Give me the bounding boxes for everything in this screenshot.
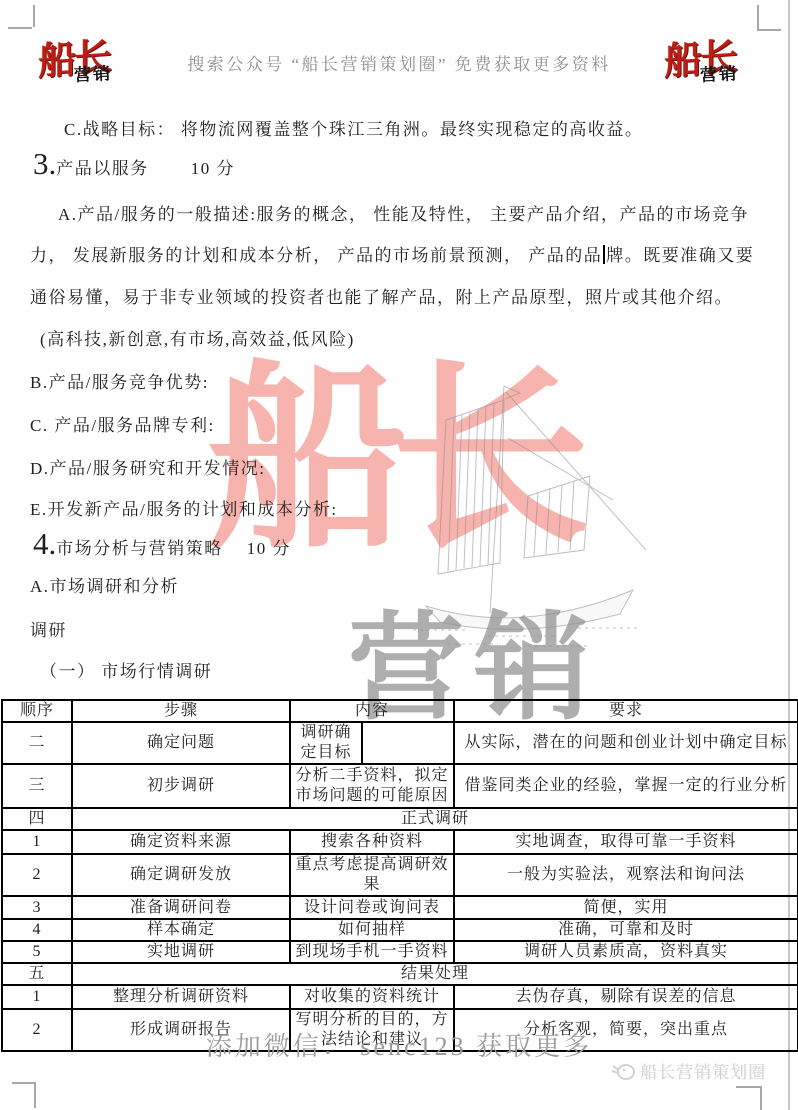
cell-content[interactable]: 对收集的资料统计 <box>290 985 454 1009</box>
cell-content[interactable]: 到现场手机一手资料 <box>290 941 454 963</box>
cell-content[interactable]: 重点考虑提高调研效果 <box>290 854 454 896</box>
cell-seq[interactable]: 五 <box>2 963 72 985</box>
cell-content[interactable]: 分析二手资料，拟定市场问题的可能原因 <box>290 764 454 808</box>
cell-content-a[interactable]: 调研确定目标 <box>290 722 362 764</box>
paragraph-strategy-goal[interactable]: C.战略目标： 将物流网覆盖整个珠江三角洲。最终实现稳定的高收益。 <box>64 115 643 140</box>
table-row: 2 确定调研发放 重点考虑提高调研效果 一般为实验法，观察法和询问法 <box>2 854 798 896</box>
brand-logo-top-right: 船长 营销 <box>664 28 784 98</box>
cell-step[interactable]: 初步调研 <box>72 764 290 808</box>
cell-requirement[interactable]: 借鉴同类企业的经验，掌握一定的行业分析 <box>454 764 798 808</box>
header-cell-requirement: 要求 <box>454 700 798 722</box>
paragraph-a-line2-post: 牌。既要准确又要 <box>606 246 754 265</box>
cell-step[interactable]: 准备调研问卷 <box>72 896 290 919</box>
research-steps-table: 顺序 步骤 内容 要求 二 确定问题 调研确定目标 从实际，潜在的问题和创业计划… <box>1 699 798 1052</box>
table-header-row: 顺序 步骤 内容 要求 <box>2 700 798 722</box>
crop-mark-bottom-right-v <box>760 1086 762 1110</box>
cell-content[interactable]: 设计问卷或询问表 <box>290 896 454 919</box>
crop-mark-top-left-v <box>33 5 35 27</box>
item-b-competitive-advantage[interactable]: B.产品/服务竞争优势: <box>30 368 209 393</box>
header-cell-step: 步骤 <box>72 700 290 722</box>
cell-seq[interactable]: 二 <box>2 722 72 764</box>
cell-requirement[interactable]: 去伪存真，剔除有误差的信息 <box>454 985 798 1009</box>
logo-sub-text: 营销 <box>699 59 738 86</box>
table-row: 二 确定问题 调研确定目标 从实际，潜在的问题和创业计划中确定目标 <box>2 722 798 764</box>
paragraph-a-line1[interactable]: A.产品/服务的一般描述:服务的概念， 性能及特性， 主要产品介绍，产品的市场竞… <box>58 200 749 225</box>
table-row: 1 确定资料来源 搜索各种资料 实地调查，取得可靠一手资料 <box>2 830 798 854</box>
crop-mark-bottom-left-h <box>12 1082 36 1084</box>
heading-4-title: 市场分析与营销策略 <box>56 539 223 558</box>
cell-seq[interactable]: 2 <box>2 854 72 896</box>
cell-requirement[interactable]: 从实际，潜在的问题和创业计划中确定目标 <box>454 722 798 764</box>
cell-step[interactable]: 确定资料来源 <box>72 830 290 854</box>
crop-mark-top-left-h <box>8 27 32 29</box>
brand-logo-icon <box>610 1061 636 1081</box>
cell-seq[interactable]: 1 <box>2 985 72 1009</box>
table-row: 4 样本确定 如何抽样 准确，可靠和及时 <box>2 919 798 941</box>
cell-step[interactable]: 确定调研发放 <box>72 854 290 896</box>
table-row: 三 初步调研 分析二手资料，拟定市场问题的可能原因 借鉴同类企业的经验，掌握一定… <box>2 764 798 808</box>
cell-seq[interactable]: 5 <box>2 941 72 963</box>
cell-step[interactable]: 确定问题 <box>72 722 290 764</box>
cell-content[interactable]: 如何抽样 <box>290 919 454 941</box>
cell-content-b[interactable] <box>362 722 454 764</box>
cell-seq[interactable]: 3 <box>2 896 72 919</box>
cell-section-title[interactable]: 结果处理 <box>72 963 798 985</box>
cell-step[interactable]: 实地调研 <box>72 941 290 963</box>
table-section-row: 五 结果处理 <box>2 963 798 985</box>
item-e-new-product-plan[interactable]: E.开发新产品/服务的计划和成本分析: <box>30 495 338 520</box>
heading-3-score: 10 分 <box>191 159 235 178</box>
line-market-survey[interactable]: （一） 市场行情调研 <box>40 657 212 682</box>
heading-4-number: 4. <box>33 526 56 561</box>
cell-step[interactable]: 样本确定 <box>72 919 290 941</box>
cell-section-title[interactable]: 正式调研 <box>72 808 798 830</box>
table-row: 3 准备调研问卷 设计问卷或询问表 简便，实用 <box>2 896 798 919</box>
cell-seq[interactable]: 1 <box>2 830 72 854</box>
paragraph-parenthetical[interactable]: (高科技,新创意,有市场,高效益,低风险) <box>40 325 355 350</box>
cell-requirement[interactable]: 准确，可靠和及时 <box>454 919 798 941</box>
document-page: 船长 营销 船长 营销 搜索公众号 “船长营销策划圈” 免费获取更多资料 船长 … <box>0 0 798 1110</box>
cell-seq[interactable]: 4 <box>2 919 72 941</box>
cell-seq[interactable]: 四 <box>2 808 72 830</box>
cell-requirement[interactable]: 一般为实验法，观察法和询问法 <box>454 854 798 896</box>
cell-requirement[interactable]: 实地调查，取得可靠一手资料 <box>454 830 798 854</box>
heading-3-number: 3. <box>33 146 56 181</box>
text-caret <box>603 245 605 264</box>
table-section-row: 四 正式调研 <box>2 808 798 830</box>
header-cell-seq: 顺序 <box>2 700 72 722</box>
item-d-research-development[interactable]: D.产品/服务研究和开发情况: <box>30 454 265 479</box>
paragraph-a-line3[interactable]: 通俗易懂，易于非专业领域的投资者也能了解产品，附上产品原型，照片或其他介绍。 <box>30 283 733 308</box>
crop-mark-bottom-left-v <box>34 1082 36 1108</box>
heading-section-4[interactable]: 4.市场分析与营销策略10 分 <box>33 526 291 562</box>
crop-mark-bottom-right-h <box>736 1086 762 1088</box>
table-row: 1 整理分析调研资料 对收集的资料统计 去伪存真，剔除有误差的信息 <box>2 985 798 1009</box>
cell-requirement[interactable]: 调研人员素质高，资料真实 <box>454 941 798 963</box>
item-a-market-research[interactable]: A.市场调研和分析 <box>30 572 179 597</box>
footer-wechat-text: 添加微信： senc123 获取更多 <box>0 1026 798 1063</box>
cell-content[interactable]: 搜索各种资料 <box>290 830 454 854</box>
cell-requirement[interactable]: 简便，实用 <box>454 896 798 919</box>
paragraph-a-line2[interactable]: 力， 发展新服务的计划和成本分析， 产品的市场前景预测， 产品的品牌。既要准确又… <box>30 241 754 266</box>
table-row: 5 实地调研 到现场手机一手资料 调研人员素质高，资料真实 <box>2 941 798 963</box>
cell-seq[interactable]: 三 <box>2 764 72 808</box>
cell-step[interactable]: 整理分析调研资料 <box>72 985 290 1009</box>
heading-section-3[interactable]: 3.产品以服务10 分 <box>33 146 235 182</box>
line-diaoyan[interactable]: 调研 <box>30 616 67 641</box>
header-cell-content: 内容 <box>290 700 454 722</box>
heading-4-score: 10 分 <box>247 539 291 558</box>
heading-3-title: 产品以服务 <box>56 159 149 178</box>
item-c-brand-patent[interactable]: C. 产品/服务品牌专利: <box>30 411 215 436</box>
paragraph-a-line2-pre: 力， 发展新服务的计划和成本分析， 产品的市场前景预测， 产品的品 <box>30 246 602 265</box>
